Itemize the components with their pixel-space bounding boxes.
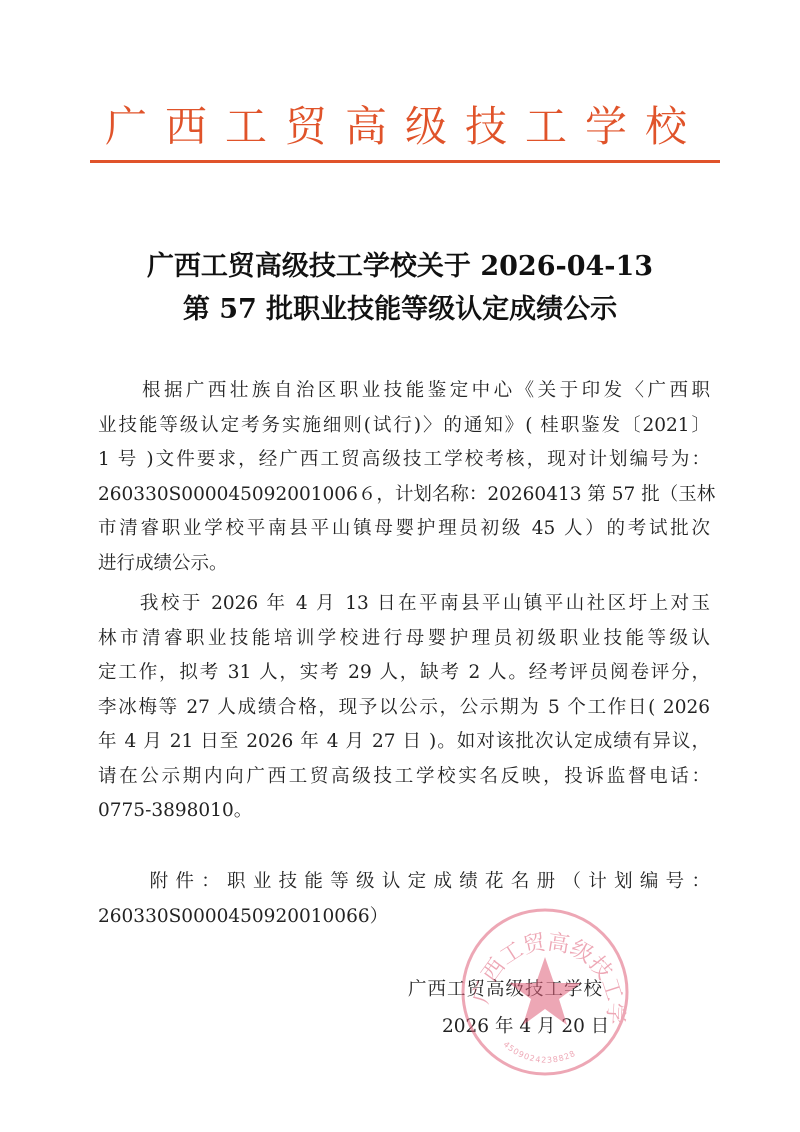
text-line: 李冰梅等 27 人成绩合格，现予以公示，公示期为 5 个工作日( 2026 [98,691,710,726]
text-line: 进行成绩公示。 [98,547,710,582]
letterhead-divider [90,160,720,163]
text-line: 1 号 )文件要求，经广西工贸高级技工学校考核，现对计划编号为： [98,443,710,478]
document-title-line-2: 第 57 批职业技能等级认定成绩公示 [0,288,800,332]
text-line: 请在公示期内向广西工贸高级技工学校实名反映，投诉监督电话： [98,760,710,795]
paragraph-basis: 根据广西壮族自治区职业技能鉴定中心《关于印发〈广西职 业技能等级认定考务实施细则… [98,374,710,581]
seal-serial: 4509024238828 [502,1040,578,1065]
text-line: 我校于 2026 年 4 月 13 日在平南县平山镇平山社区圩上对玉 [98,587,710,622]
svg-text:4509024238828: 4509024238828 [502,1040,578,1065]
text-line: 0775-3898010。 [98,794,710,829]
text-line: 根据广西壮族自治区职业技能鉴定中心《关于印发〈广西职 [98,374,710,409]
letterhead-org-name: 广西工贸高级技工学校 [90,102,720,152]
text-line: 业技能等级认定考务实施细则(试行)〉的通知》( 桂职鉴发〔2021〕 [98,409,710,444]
paragraph-attachment: 附件：职业技能等级认定成绩花名册（计划编号： 260330S0000450920… [98,865,710,934]
paragraph-exam-results: 我校于 2026 年 4 月 13 日在平南县平山镇平山社区圩上对玉 林市清睿职… [98,587,710,829]
signature-org: 广西工贸高级技工学校 [408,975,603,1001]
text-line: 260330S0000450920010066） [98,900,710,935]
text-line: 年 4 月 21 日至 2026 年 4 月 27 日 )。如对该批次认定成绩有… [98,725,710,760]
text-line: 附件：职业技能等级认定成绩花名册（计划编号： [98,865,710,900]
text-line: 林市清睿职业技能培训学校进行母婴护理员初级职业技能等级认 [98,622,710,657]
document-title-line-1: 广西工贸高级技工学校关于 2026-04-13 [0,245,800,289]
text-line: 市清睿职业学校平南县平山镇母婴护理员初级 45 人）的考试批次 [98,512,710,547]
text-line: 260330S000045092001006６，计划名称：20260413 第 … [98,478,710,513]
signature-date: 2026 年 4 月 20 日 [442,1012,609,1038]
text-line: 定工作，拟考 31 人，实考 29 人，缺考 2 人。经考评员阅卷评分， [98,656,710,691]
